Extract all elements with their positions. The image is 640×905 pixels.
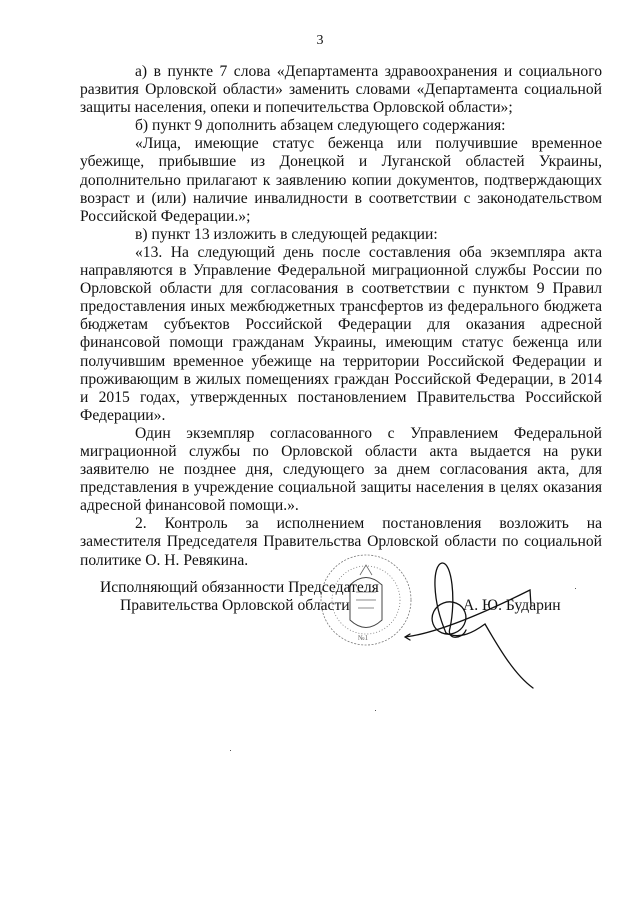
signer-title-line-1: Исполняющий обязанности Председателя — [100, 579, 379, 597]
signer-title-line-2: Правительства Орловской области — [120, 597, 350, 615]
paragraph-copy: Один экземпляр согласованного с Управлен… — [80, 425, 602, 515]
paragraph-b-quote: «Лица, имеющие статус беженца или получи… — [80, 135, 602, 225]
paragraph-a: а) в пункте 7 слова «Департамента здраво… — [80, 63, 602, 117]
svg-text:№1: №1 — [358, 634, 369, 642]
document-body: а) в пункте 7 слова «Департамента здраво… — [80, 63, 602, 570]
signer-name: А. Ю. Бударин — [463, 597, 561, 615]
page-number: 3 — [0, 33, 640, 49]
paragraph-v-quote: «13. На следующий день после составления… — [80, 244, 602, 425]
scan-speck — [375, 710, 376, 711]
paragraph-b: б) пункт 9 дополнить абзацем следующего … — [80, 117, 602, 135]
scan-speck — [575, 588, 576, 589]
paragraph-v: в) пункт 13 изложить в следующей редакци… — [80, 226, 602, 244]
scan-speck — [230, 750, 231, 751]
paragraph-control: 2. Контроль за исполнением постановления… — [80, 515, 602, 569]
